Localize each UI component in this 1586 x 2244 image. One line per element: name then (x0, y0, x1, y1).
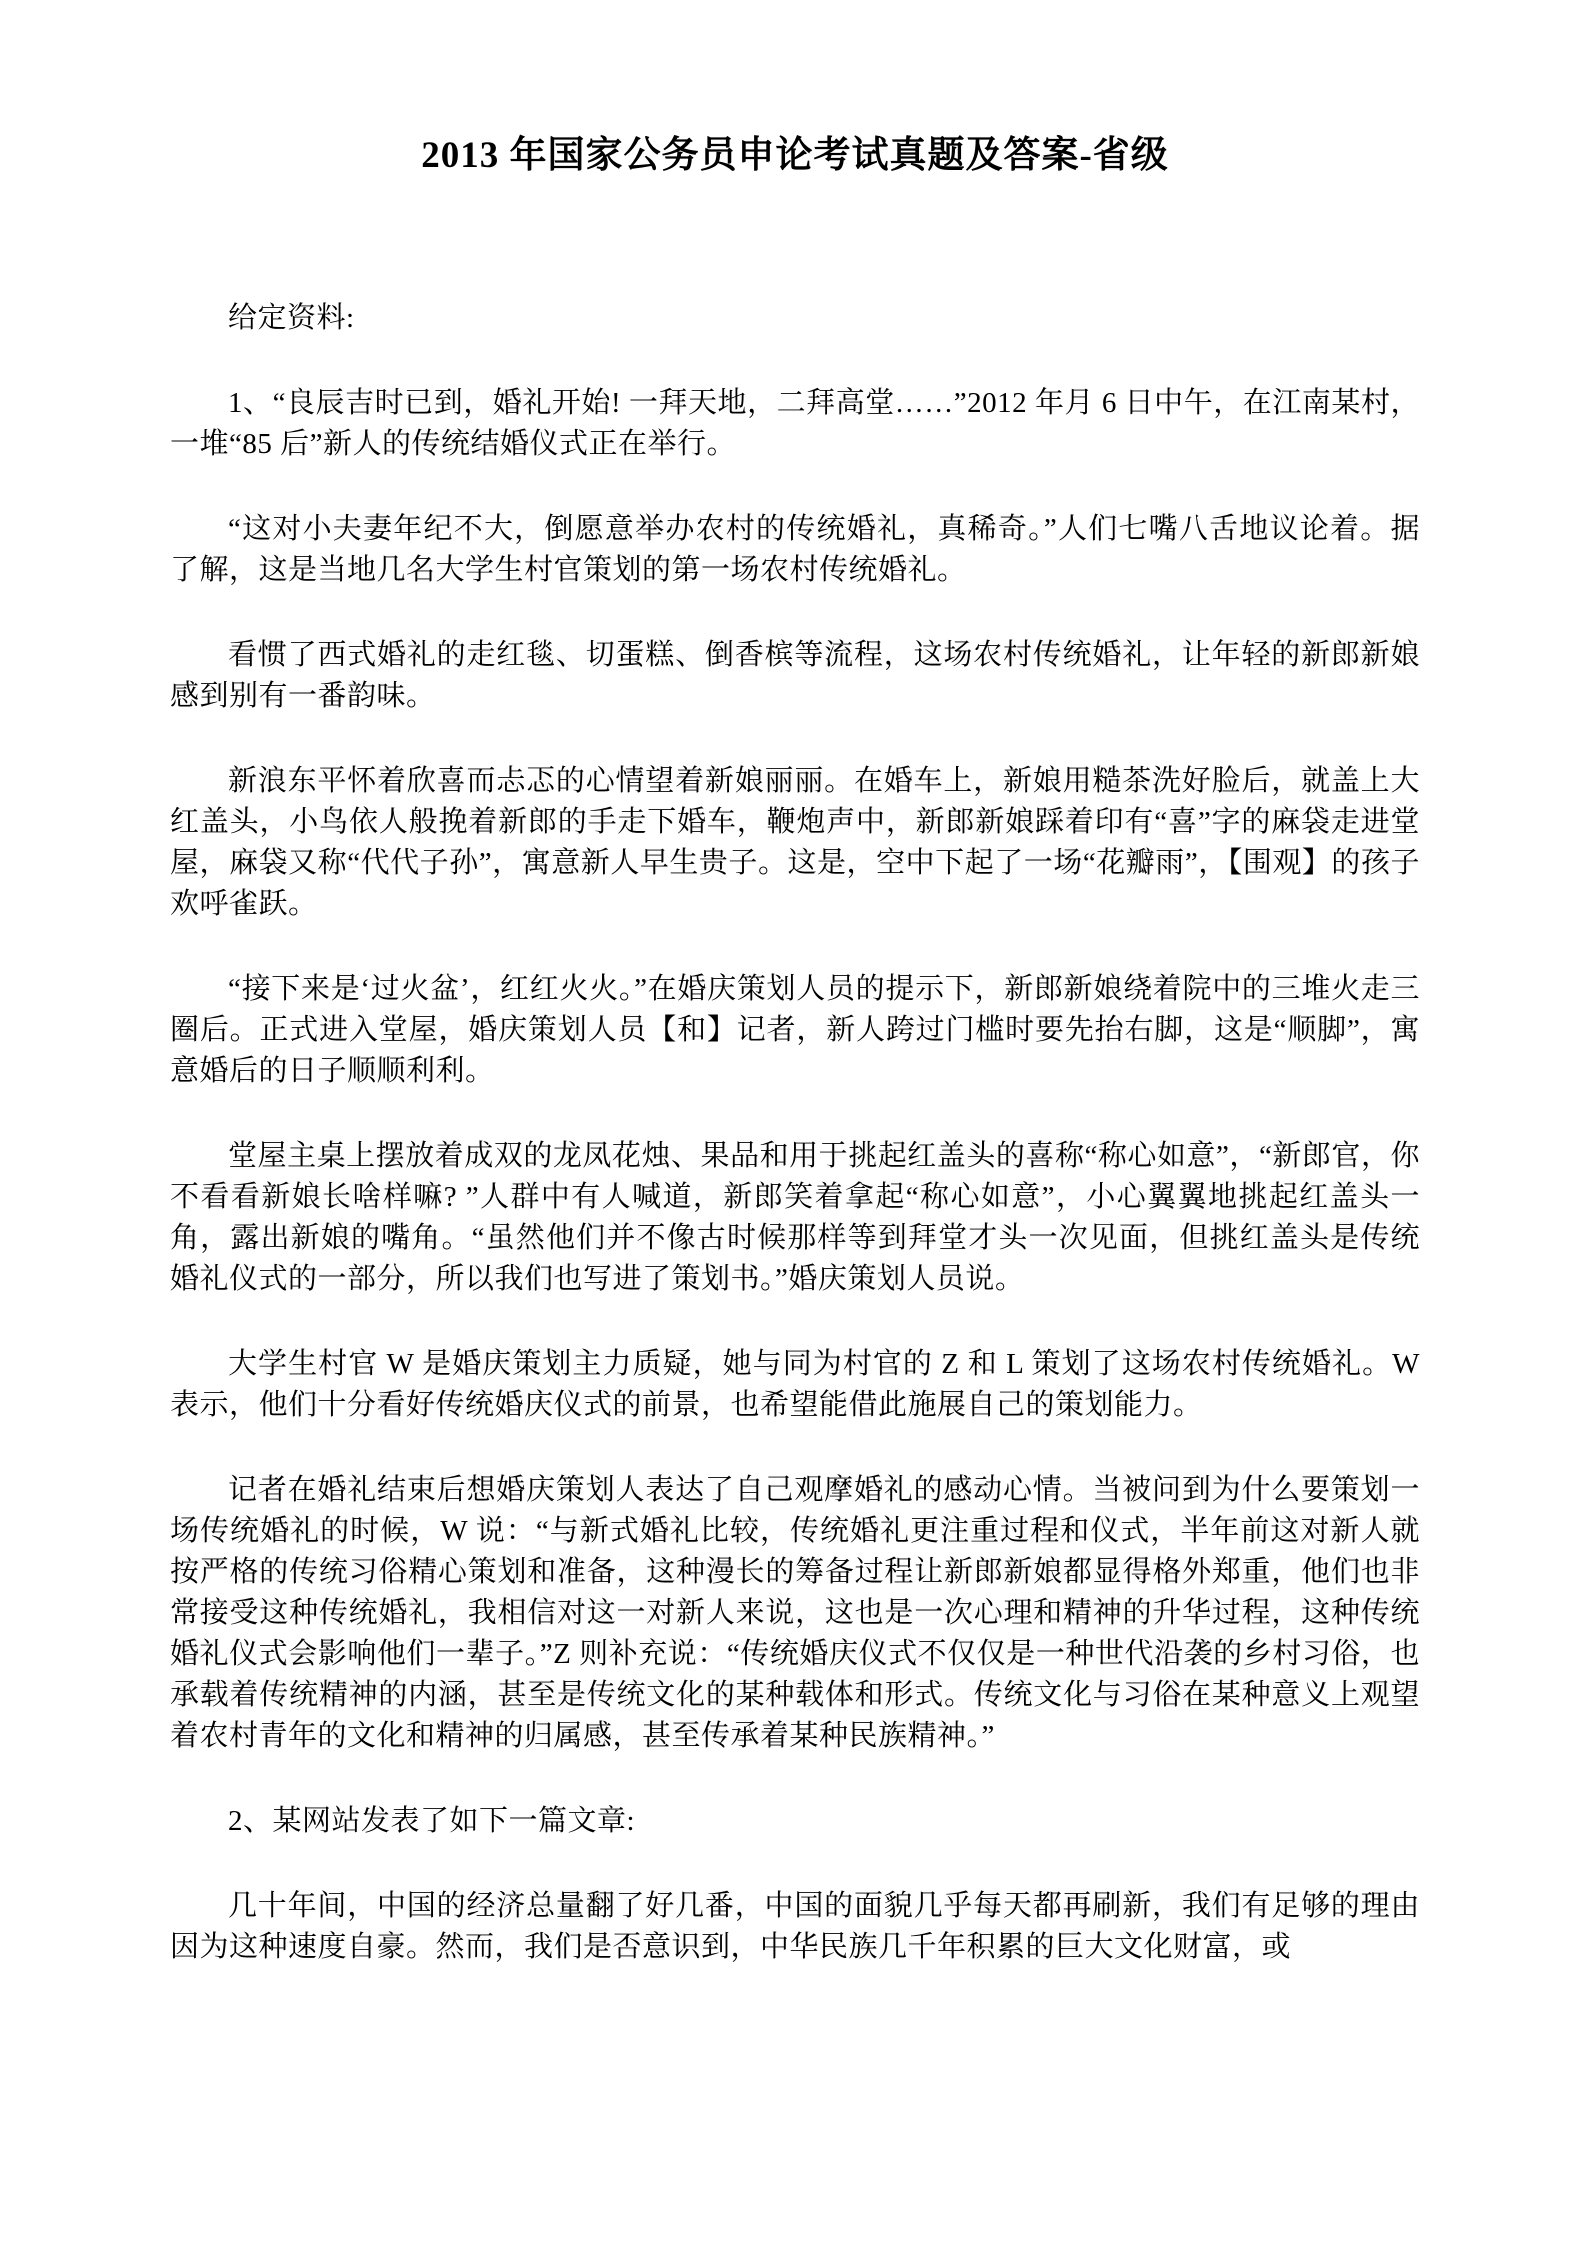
paragraph-9: 2、某网站发表了如下一篇文章: (170, 1801, 1420, 1842)
paragraph-8: 记者在婚礼结束后想婚庆策划人表达了自己观摩婚礼的感动心情。当被问到为什么要策划一… (170, 1470, 1420, 1757)
paragraph-5: “接下来是‘过火盆’，红红火火。”在婚庆策划人员的提示下，新郎新娘绕着院中的三堆… (170, 969, 1420, 1092)
section-label: 给定资料: (170, 298, 1420, 339)
paragraph-10: 几十年间，中国的经济总量翻了好几番，中国的面貌几乎每天都再刷新，我们有足够的理由… (170, 1886, 1420, 1968)
paragraph-6: 堂屋主桌上摆放着成双的龙凤花烛、果品和用于挑起红盖头的喜称“称心如意”，“新郎官… (170, 1136, 1420, 1300)
paragraph-7: 大学生村官 W 是婚庆策划主力质疑，她与同为村官的 Z 和 L 策划了这场农村传… (170, 1344, 1420, 1426)
document-page: 2013 年国家公务员申论考试真题及答案-省级 给定资料: 1、“良辰吉时已到，… (0, 0, 1586, 2244)
paragraph-1: 1、“良辰吉时已到，婚礼开始! 一拜天地，二拜高堂……”2012 年月 6 日中… (170, 383, 1420, 465)
page-title: 2013 年国家公务员申论考试真题及答案-省级 (170, 132, 1420, 180)
paragraph-3: 看惯了西式婚礼的走红毯、切蛋糕、倒香槟等流程，这场农村传统婚礼，让年轻的新郎新娘… (170, 635, 1420, 717)
paragraph-2: “这对小夫妻年纪不大，倒愿意举办农村的传统婚礼，真稀奇。”人们七嘴八舌地议论着。… (170, 509, 1420, 591)
paragraph-4: 新浪东平怀着欣喜而忐忑的心情望着新娘丽丽。在婚车上，新娘用糙茶洗好脸后，就盖上大… (170, 761, 1420, 925)
